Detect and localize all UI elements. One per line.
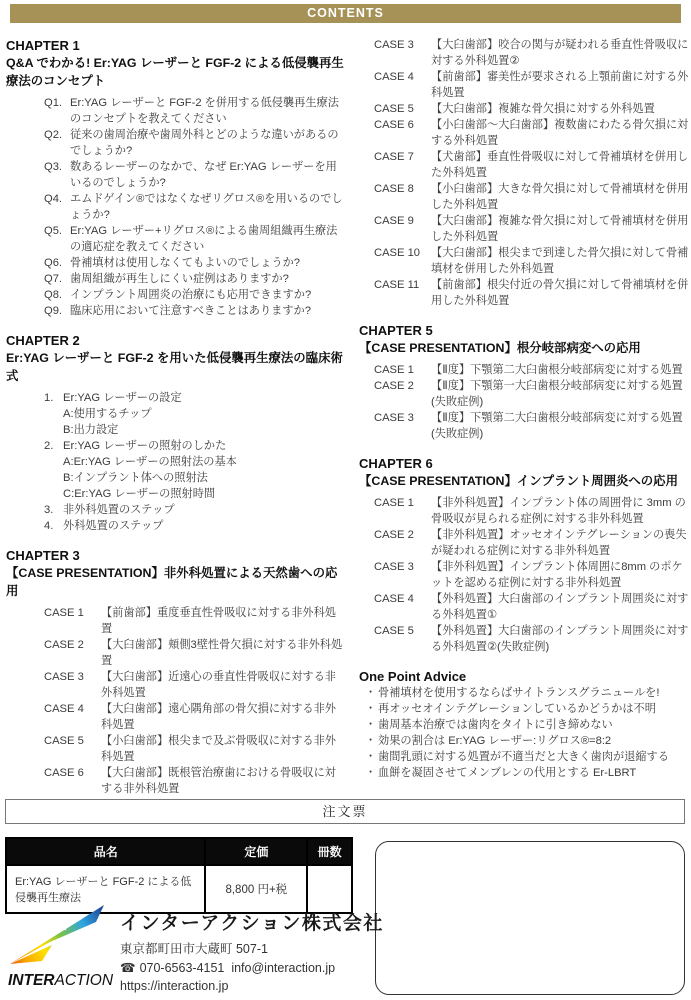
toc-item: CASE 9【大臼歯部】複雑な骨欠損に対して骨補填材を併用した外科処置 [374,213,689,245]
toc-section-one-point-advice: One Point Advice・骨補填材を使用するならばサイトランスグラニュー… [359,668,689,781]
toc-item-label: CASE 5 [374,623,431,655]
toc-item-text: 【非外科処置】オッセオインテグレーションの喪失が疑われる症例に対する非外科処置 [431,527,689,559]
toc-item-text: A:Er:YAG レーザーの照射法の基本 [63,454,346,470]
toc-item: 4.外科処置のステップ [44,518,346,534]
toc-item-label: 3. [44,502,63,518]
toc-item: A:Er:YAG レーザーの照射法の基本 [63,454,346,470]
toc-item-list: CASE 1【Ⅱ度】下顎第二大臼歯根分岐部病変に対する処置CASE 2【Ⅱ度】下… [359,362,689,442]
toc-section-chapter-2: CHAPTER 2Er:YAG レーザーと FGF-2 を用いた低侵襲再生療法の… [6,332,346,534]
logo-text-inter: INTER [8,972,55,989]
toc-item-label: Q6. [44,255,70,271]
toc-item: CASE 10【大臼歯部】根尖まで到達した骨欠損に対して骨補填材を併用した外科処… [374,245,689,277]
toc-item-label: ・ [365,717,378,733]
toc-section-chapter-3: CHAPTER 3【CASE PRESENTATION】非外科処置による天然歯へ… [6,547,346,795]
toc-item: ・血餅を凝固させてメンブレンの代用とする Er-LBRT [365,765,689,781]
toc-item-text: 骨補填材は使用しなくてもよいのでしょうか? [70,255,346,271]
toc-item-text: 骨補填材を使用するならばサイトランスグラニュールを! [378,685,689,701]
toc-item-label: CASE 4 [44,701,101,733]
toc-item-label: CASE 6 [44,765,101,795]
toc-item-label: ・ [365,701,378,717]
toc-item-text: 臨床応用において注意すべきことはありますか? [70,303,346,319]
toc-item-list: CASE 3【大臼歯部】咬合の関与が疑われる垂直性骨吸収に対する外科処置②CAS… [359,37,689,309]
toc-item: ・再オッセオインテグレーションしているかどうかは不明 [365,701,689,717]
toc-item: 3.非外科処置のステップ [44,502,346,518]
toc-item-label: ・ [365,749,378,765]
toc-item-label: CASE 4 [374,69,431,101]
toc-item-label: Q7. [44,271,70,287]
toc-item-list: CASE 1【前歯部】重度垂直性骨吸収に対する非外科処置CASE 2【大臼歯部】… [6,605,346,795]
toc-item: CASE 5【外科処置】大臼歯部のインプラント周囲炎に対する外科処置②(失敗症例… [374,623,689,655]
toc-item-label: CASE 6 [374,117,431,149]
toc-item-text: 【前歯部】重度垂直性骨吸収に対する非外科処置 [101,605,346,637]
toc-item-label: CASE 4 [374,591,431,623]
toc-item-text: インプラント周囲炎の治療にも応用できますか? [70,287,346,303]
toc-item-text: 数あるレーザーのなかで、なぜ Er:YAG レーザーを用いるのでしょうか? [70,159,346,191]
toc-item: ・効果の割合は Er:YAG レーザー:リグロス®=8:2 [365,733,689,749]
toc-item: CASE 5【小臼歯部】根尖まで及ぶ骨吸収に対する非外科処置 [44,733,346,765]
order-table-header-row: 品名 定価 冊数 [6,838,352,865]
toc-item-text: Er:YAG レーザー+リグロス®による歯周組織再生療法の適応症を教えてください [70,223,346,255]
toc-item-label: CASE 3 [374,559,431,591]
toc-item-text: 【大臼歯部】頬側3壁性骨欠損に対する非外科処置 [101,637,346,669]
toc-item-label: Q9. [44,303,70,319]
order-table: 品名 定価 冊数 Er:YAG レーザーと FGF-2 による低侵襲再生療法 8… [5,837,353,914]
toc-item-label: 2. [44,438,63,454]
order-form-title: 注文票 [322,804,367,819]
toc-item-label: Q5. [44,223,70,255]
chapter-title: Er:YAG レーザーと FGF-2 を用いた低侵襲再生療法の臨床術式 [6,349,346,385]
toc-item: 2.Er:YAG レーザーの照射のしかた [44,438,346,454]
toc-item-text: 【大臼歯部】複雑な骨欠損に対して骨補填材を併用した外科処置 [431,213,689,245]
toc-item-text: 【前歯部】根尖付近の骨欠損に対して骨補填材を併用した外科処置 [431,277,689,309]
toc-section-chapter-6: CHAPTER 6【CASE PRESENTATION】インプラント周囲炎への応… [359,455,689,655]
interaction-logo: INTERACTION [8,904,112,990]
order-item-price: 8,800 円+税 [205,865,307,913]
toc-item-text: 【非外科処置】インプラント体の周囲骨に 3mm の骨吸収が見られる症例に対する非… [431,495,689,527]
toc-item-label: CASE 3 [374,37,431,69]
toc-item-list: ・骨補填材を使用するならばサイトランスグラニュールを!・再オッセオインテグレーシ… [359,685,689,781]
toc-item: CASE 8【小臼歯部】大きな骨欠損に対して骨補填材を併用した外科処置 [374,181,689,213]
toc-item-text: A:使用するチップ [63,406,346,422]
chapter-title: 【CASE PRESENTATION】根分岐部病変への応用 [359,339,689,357]
toc-item: Q6.骨補填材は使用しなくてもよいのでしょうか? [44,255,346,271]
toc-item-label: CASE 2 [374,527,431,559]
toc-item: ・骨補填材を使用するならばサイトランスグラニュールを! [365,685,689,701]
toc-item: 1.Er:YAG レーザーの設定 [44,390,346,406]
toc-item-label: ・ [365,685,378,701]
chapter-title: Q&A でわかる! Er:YAG レーザーと FGF-2 による低侵襲再生療法の… [6,54,346,90]
toc-item: CASE 4【外科処置】大臼歯部のインプラント周囲炎に対する外科処置① [374,591,689,623]
toc-item: Q2.従来の歯周治療や歯周外科とどのような違いがあるのでしょうか? [44,127,346,159]
chapter-heading: One Point Advice [359,668,689,685]
paper-plane-logo-icon [8,904,108,966]
chapter-heading: CHAPTER 5 [359,322,689,339]
toc-item: CASE 1【前歯部】重度垂直性骨吸収に対する非外科処置 [44,605,346,637]
toc-item-text: 非外科処置のステップ [63,502,346,518]
toc-item-text: 効果の割合は Er:YAG レーザー:リグロス®=8:2 [378,733,689,749]
toc-item-text: 【前歯部】審美性が要求される上顎前歯に対する外科処置 [431,69,689,101]
toc-item-text: C:Er:YAG レーザーの照射時間 [63,486,346,502]
toc-item-text: 【大臼歯部】複雑な骨欠損に対する外科処置 [431,101,689,117]
toc-item: CASE 3【非外科処置】インプラント体周囲に8mm のポケットを認める症例に対… [374,559,689,591]
company-contact-line: ☎070-6563-4151 info@interaction.jp [120,959,384,978]
company-name: インターアクション株式会社 [120,908,384,935]
toc-item: CASE 3【大臼歯部】近遠心の垂直性骨吸収に対する非外科処置 [44,669,346,701]
toc-item: CASE 7【犬歯部】垂直性骨吸収に対して骨補填材を併用した外科処置 [374,149,689,181]
toc-item: CASE 3【大臼歯部】咬合の関与が疑われる垂直性骨吸収に対する外科処置② [374,37,689,69]
toc-left-column: CHAPTER 1Q&A でわかる! Er:YAG レーザーと FGF-2 によ… [6,37,346,795]
toc-item-label: 4. [44,518,63,534]
toc-item-text: 血餅を凝固させてメンブレンの代用とする Er-LBRT [378,765,689,781]
order-table-header-price: 定価 [205,838,307,865]
toc-item-label: CASE 5 [44,733,101,765]
toc-item-text: Er:YAG レーザーと FGF-2 を併用する低侵襲再生療法のコンセプトを教え… [70,95,346,127]
toc-item-list: CASE 1【非外科処置】インプラント体の周囲骨に 3mm の骨吸収が見られる症… [359,495,689,655]
toc-item: Q3.数あるレーザーのなかで、なぜ Er:YAG レーザーを用いるのでしょうか? [44,159,346,191]
toc-item: A:使用するチップ [63,406,346,422]
company-address: 東京都町田市大蔵町 507-1 [120,940,384,959]
toc-item: Q8.インプラント周囲炎の治療にも応用できますか? [44,287,346,303]
toc-item-list: Q1.Er:YAG レーザーと FGF-2 を併用する低侵襲再生療法のコンセプト… [6,95,346,319]
toc-item: CASE 6【小臼歯部〜大臼歯部】複数歯にわたる骨欠損に対する外科処置 [374,117,689,149]
toc-item: C:Er:YAG レーザーの照射時間 [63,486,346,502]
toc-item-label: CASE 1 [374,362,431,378]
toc-item-label: ・ [365,765,378,781]
toc-item: CASE 1【Ⅱ度】下顎第二大臼歯根分岐部病変に対する処置 [374,362,689,378]
toc-item-text: 【非外科処置】インプラント体周囲に8mm のポケットを認める症例に対する非外科処… [431,559,689,591]
toc-item-text: エムドゲイン®ではなくなぜリグロス®を用いるのでしょうか? [70,191,346,223]
toc-item-text: 【Ⅱ度】下顎第二大臼歯根分岐部病変に対する処置(失敗症例) [431,410,689,442]
order-item-qty [307,865,352,913]
toc-item-label: CASE 5 [374,101,431,117]
toc-item-text: 【大臼歯部】遠心隅角部の骨欠損に対する非外科処置 [101,701,346,733]
chapter-heading: CHAPTER 2 [6,332,346,349]
toc-item: Q1.Er:YAG レーザーと FGF-2 を併用する低侵襲再生療法のコンセプト… [44,95,346,127]
toc-item-label: CASE 7 [374,149,431,181]
toc-item-text: 【小臼歯部〜大臼歯部】複数歯にわたる骨欠損に対する外科処置 [431,117,689,149]
toc-item-label: CASE 8 [374,181,431,213]
toc-item: ・歯周基本治療では歯肉をタイトに引き締めない [365,717,689,733]
contents-page: CONTENTS CHAPTER 1Q&A でわかる! Er:YAG レーザーと… [0,0,691,1000]
toc-item: B:出力設定 [63,422,346,438]
toc-section-chapter-1: CHAPTER 1Q&A でわかる! Er:YAG レーザーと FGF-2 によ… [6,37,346,319]
toc-item-label: Q8. [44,287,70,303]
toc-item-label: Q3. [44,159,70,191]
contents-title: CONTENTS [307,6,384,20]
toc-item-label: Q2. [44,127,70,159]
toc-item: CASE 11【前歯部】根尖付近の骨欠損に対して骨補填材を併用した外科処置 [374,277,689,309]
toc-item-label: Q1. [44,95,70,127]
toc-item-text: 【Ⅱ度】下顎第一大臼歯根分岐部病変に対する処置(失敗症例) [431,378,689,410]
toc-item-text: 【外科処置】大臼歯部のインプラント周囲炎に対する外科処置②(失敗症例) [431,623,689,655]
toc-item: CASE 4【大臼歯部】遠心隅角部の骨欠損に対する非外科処置 [44,701,346,733]
toc-item-label: Q4. [44,191,70,223]
chapter-heading: CHAPTER 1 [6,37,346,54]
toc-item: CASE 1【非外科処置】インプラント体の周囲骨に 3mm の骨吸収が見られる症… [374,495,689,527]
toc-item-text: Er:YAG レーザーの照射のしかた [63,438,346,454]
order-table-header-name: 品名 [6,838,205,865]
company-url: https://interaction.jp [120,977,384,996]
toc-item-text: 【大臼歯部】既根管治療歯における骨吸収に対する非外科処置 [101,765,346,795]
toc-item: ・歯間乳頭に対する処置が不適当だと大きく歯肉が退縮する [365,749,689,765]
toc-item-text: 歯周組織が再生しにくい症例はありますか? [70,271,346,287]
toc-item-text: Er:YAG レーザーの設定 [63,390,346,406]
toc-right-column: CASE 3【大臼歯部】咬合の関与が疑われる垂直性骨吸収に対する外科処置②CAS… [359,37,689,795]
toc-item-label: CASE 2 [44,637,101,669]
toc-item-text: 【大臼歯部】咬合の関与が疑われる垂直性骨吸収に対する外科処置② [431,37,689,69]
order-note-box [375,841,685,995]
toc-item-text: 【大臼歯部】近遠心の垂直性骨吸収に対する非外科処置 [101,669,346,701]
toc-item-label: ・ [365,733,378,749]
toc-item: CASE 3【Ⅱ度】下顎第二大臼歯根分岐部病変に対する処置(失敗症例) [374,410,689,442]
toc-item-text: B:出力設定 [63,422,346,438]
order-form-title-box: 注文票 [5,799,685,824]
toc-item-text: 【Ⅱ度】下顎第二大臼歯根分岐部病変に対する処置 [431,362,689,378]
chapter-heading: CHAPTER 6 [359,455,689,472]
toc-item-list: 1.Er:YAG レーザーの設定A:使用するチップB:出力設定2.Er:YAG … [6,390,346,534]
toc-item: Q5.Er:YAG レーザー+リグロス®による歯周組織再生療法の適応症を教えてく… [44,223,346,255]
toc-section-continued: CASE 3【大臼歯部】咬合の関与が疑われる垂直性骨吸収に対する外科処置②CAS… [359,37,689,309]
toc-item-text: 【犬歯部】垂直性骨吸収に対して骨補填材を併用した外科処置 [431,149,689,181]
phone-icon: ☎ [120,961,136,975]
toc-item-text: 再オッセオインテグレーションしているかどうかは不明 [378,701,689,717]
toc-item-label: CASE 3 [44,669,101,701]
toc-item: CASE 5【大臼歯部】複雑な骨欠損に対する外科処置 [374,101,689,117]
toc-item-label: CASE 11 [374,277,431,309]
toc-item: CASE 6【大臼歯部】既根管治療歯における骨吸収に対する非外科処置 [44,765,346,795]
toc-item: Q4.エムドゲイン®ではなくなぜリグロス®を用いるのでしょうか? [44,191,346,223]
toc-item-label: CASE 10 [374,245,431,277]
logo-wordmark: INTERACTION [8,972,112,990]
logo-text-action: ACTION [55,972,114,989]
company-info: インターアクション株式会社 東京都町田市大蔵町 507-1 ☎070-6563-… [120,908,384,996]
toc-item-label: CASE 9 [374,213,431,245]
toc-item-label: CASE 1 [44,605,101,637]
toc-item-text: 歯間乳頭に対する処置が不適当だと大きく歯肉が退縮する [378,749,689,765]
toc-item-text: 従来の歯周治療や歯周外科とどのような違いがあるのでしょうか? [70,127,346,159]
toc-item: CASE 4【前歯部】審美性が要求される上顎前歯に対する外科処置 [374,69,689,101]
chapter-heading: CHAPTER 3 [6,547,346,564]
chapter-title: 【CASE PRESENTATION】非外科処置による天然歯への応用 [6,564,346,600]
toc-item-text: B:インプラント体への照射法 [63,470,346,486]
toc-item: Q9.臨床応用において注意すべきことはありますか? [44,303,346,319]
toc-item-text: 【小臼歯部】大きな骨欠損に対して骨補填材を併用した外科処置 [431,181,689,213]
toc-item-label: CASE 1 [374,495,431,527]
toc-item-text: 外科処置のステップ [63,518,346,534]
toc-item-text: 【外科処置】大臼歯部のインプラント周囲炎に対する外科処置① [431,591,689,623]
toc-item-text: 【大臼歯部】根尖まで到達した骨欠損に対して骨補填材を併用した外科処置 [431,245,689,277]
toc-item: CASE 2【大臼歯部】頬側3壁性骨欠損に対する非外科処置 [44,637,346,669]
company-phone: 070-6563-4151 [140,961,225,975]
toc-item: CASE 2【Ⅱ度】下顎第一大臼歯根分岐部病変に対する処置(失敗症例) [374,378,689,410]
toc-item-label: CASE 3 [374,410,431,442]
contents-header-bar: CONTENTS [10,4,681,23]
toc-item-text: 歯周基本治療では歯肉をタイトに引き締めない [378,717,689,733]
order-table-header-qty: 冊数 [307,838,352,865]
toc-item: B:インプラント体への照射法 [63,470,346,486]
toc-item-label: 1. [44,390,63,406]
toc-item: Q7.歯周組織が再生しにくい症例はありますか? [44,271,346,287]
chapter-title: 【CASE PRESENTATION】インプラント周囲炎への応用 [359,472,689,490]
toc-section-chapter-5: CHAPTER 5【CASE PRESENTATION】根分岐部病変への応用CA… [359,322,689,442]
company-email: info@interaction.jp [231,961,335,975]
toc-item: CASE 2【非外科処置】オッセオインテグレーションの喪失が疑われる症例に対する… [374,527,689,559]
toc-item-label: CASE 2 [374,378,431,410]
toc-item-text: 【小臼歯部】根尖まで及ぶ骨吸収に対する非外科処置 [101,733,346,765]
